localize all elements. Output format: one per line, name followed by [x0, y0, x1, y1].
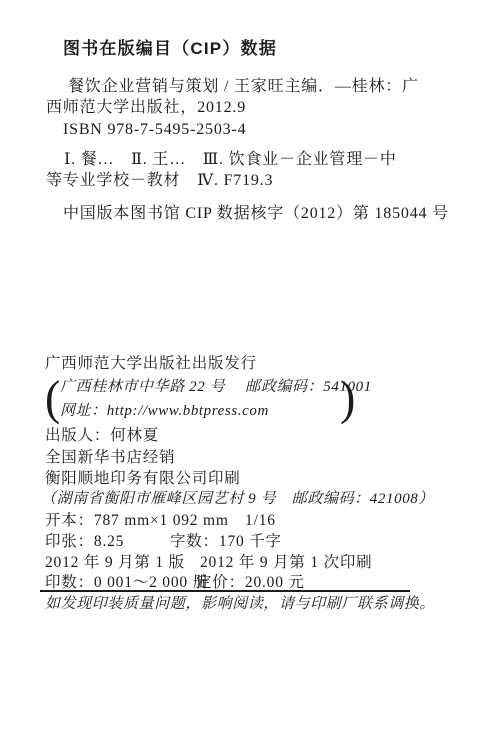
cip-registry-line: 中国版本图书馆 CIP 数据核字（2012）第 185044 号: [63, 205, 449, 223]
cip-heading: 图书在版编目（CIP）数据: [63, 40, 277, 59]
printer-address-line: （湖南省衡阳市雁峰区园艺村 9 号 邮政编码：421008）: [41, 491, 434, 508]
price-item: 定价：20.00 元: [196, 574, 305, 591]
left-parenthesis: (: [45, 374, 60, 422]
word-count-item: 字数：170 千字: [170, 533, 282, 550]
edition-item: 2012 年 9 月第 1 版: [45, 554, 185, 571]
publisher-person-line: 出版人：何林夏: [45, 427, 159, 444]
cip-classification-line-1: Ⅰ. 餐… Ⅱ. 王… Ⅲ. 饮食业－企业管理－中: [64, 151, 397, 169]
cip-record-line-2: 西师范大学出版社，2012.9: [46, 99, 246, 117]
printer-line: 衡阳顺地印务有限公司印刷: [45, 470, 241, 487]
distribution-line: 全国新华书店经销: [45, 449, 175, 466]
divider-rule: [40, 590, 410, 592]
print-run-item: 印数：0 001～2 000 册: [45, 574, 209, 591]
printing-item: 2012 年 9 月第 1 次印刷: [200, 554, 372, 571]
copyright-page: 图书在版编目（CIP）数据 餐饮企业营销与策划 / 王家旺主编．—桂林：广 西师…: [0, 0, 500, 729]
cip-isbn-line: ISBN 978-7-5495-2503-4: [63, 121, 246, 139]
cip-record-line-1: 餐饮企业营销与策划 / 王家旺主编．—桂林：广: [68, 78, 419, 96]
quality-notice-line: 如发现印装质量问题，影响阅读，请与印刷厂联系调换。: [45, 596, 435, 613]
sheets-item: 印张：8.25: [45, 533, 124, 550]
cip-classification-line-2: 等专业学校－教材 Ⅳ. F719.3: [46, 172, 273, 190]
publisher-address-line: 广西桂林市中华路 22 号 邮政编码：541001: [60, 379, 372, 396]
format-line: 开本：787 mm×1 092 mm 1/16: [45, 512, 276, 529]
publisher-line: 广西师范大学出版社出版发行: [45, 355, 257, 372]
publisher-website-line: 网址：http://www.bbtpress.com: [60, 403, 269, 420]
right-parenthesis: ): [340, 374, 355, 422]
